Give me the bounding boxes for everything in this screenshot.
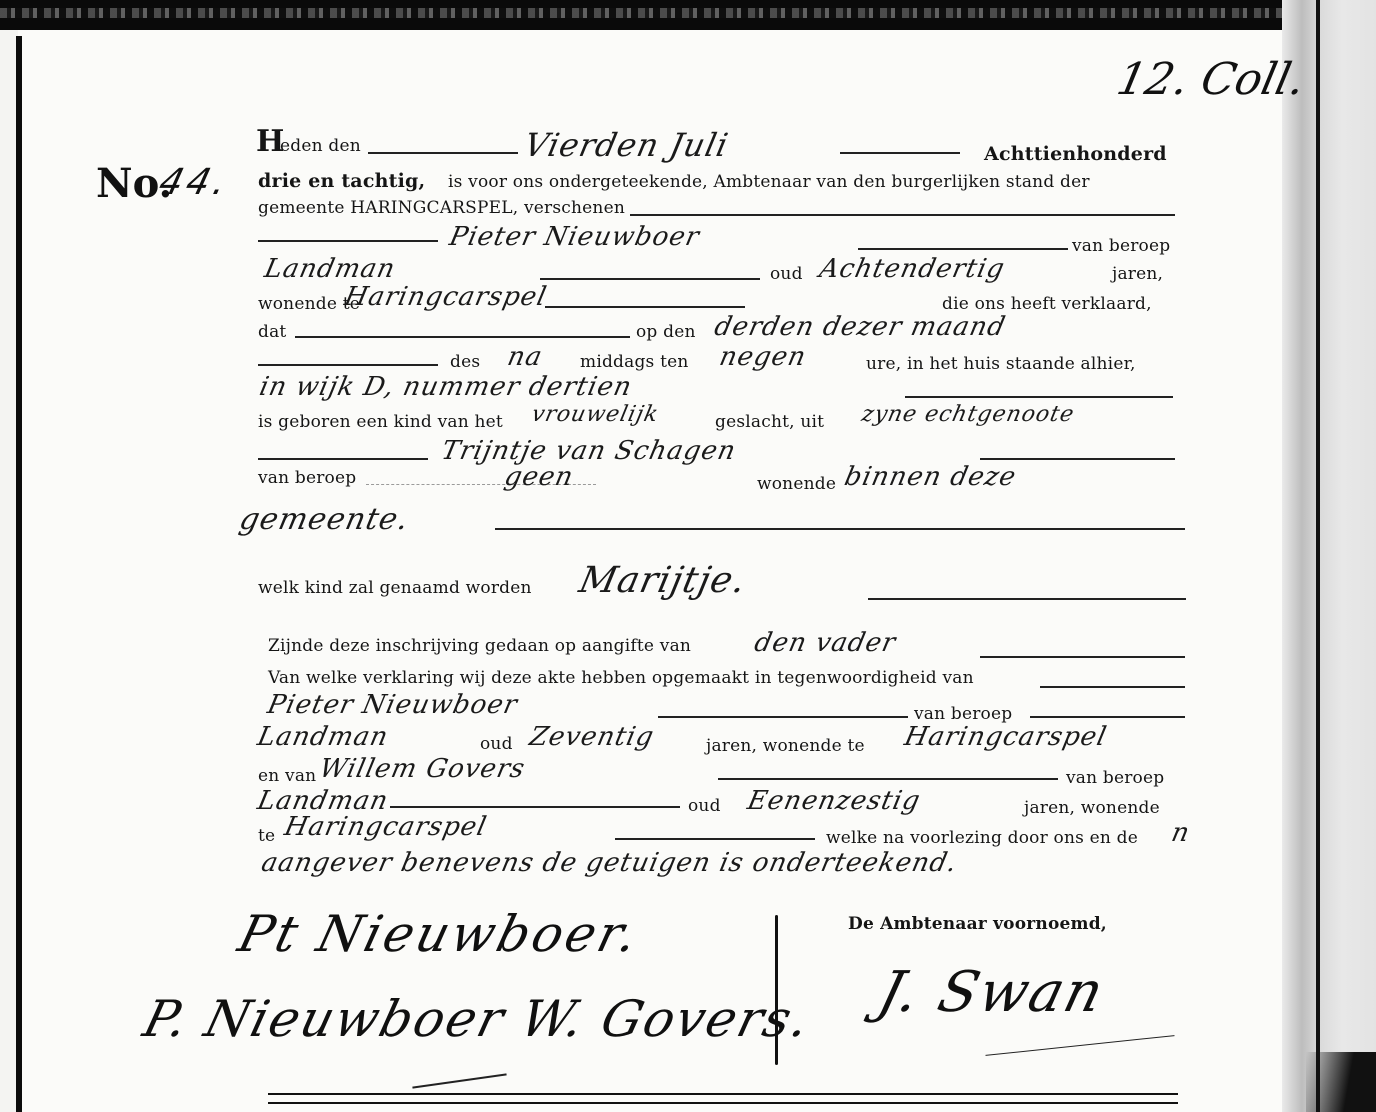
hand-witness2-place: Haringcarspel xyxy=(282,812,490,842)
printed-voorlezing: welke na voorlezing door ons en de xyxy=(826,828,1138,848)
hand-closing-clause: aangever benevens de getuigen is onderte… xyxy=(259,848,960,878)
informant-signature: Pt Nieuwboer. xyxy=(233,905,646,963)
hand-day-part: na xyxy=(505,342,546,372)
printed-van-beroep-2: van beroep xyxy=(258,468,356,488)
left-margin-rule xyxy=(16,36,22,1112)
hand-witness1-name: Pieter Nieuwboer xyxy=(265,690,521,720)
right-margin-rule xyxy=(1316,0,1320,1112)
hand-birth-hour: negen xyxy=(717,342,809,372)
hand-witness2-age: Eenenzestig xyxy=(745,786,923,816)
entry-end-rule xyxy=(268,1093,1178,1104)
printed-ure-huis: ure, in het huis staande alhier, xyxy=(866,354,1136,374)
printed-te: te xyxy=(258,826,275,846)
printed-dat: dat xyxy=(258,322,286,342)
hand-relation: zyne echtgenoote xyxy=(859,402,1077,427)
printed-official-clause: is voor ons ondergeteekende, Ambtenaar v… xyxy=(448,172,1090,192)
hand-witness1-occupation: Landman xyxy=(255,722,391,752)
scan-corner-shadow xyxy=(1306,1052,1376,1112)
printed-year-2: drie en tachtig, xyxy=(258,170,425,192)
official-signature: J. Swan xyxy=(872,960,1112,1025)
hand-date-day: Vierden Juli xyxy=(521,126,732,164)
witness-signatures: P. Nieuwboer W. Govers. xyxy=(138,990,817,1048)
printed-is-geboren: is geboren een kind van het xyxy=(258,412,503,432)
hand-mother-residence: binnen deze xyxy=(842,462,1019,492)
printed-oud-2: oud xyxy=(480,734,513,754)
hand-mother-name: Trijntje van Schagen xyxy=(439,436,739,466)
hand-witness1-place: Haringcarspel xyxy=(902,722,1110,752)
printed-middags-ten: middags ten xyxy=(580,352,689,372)
hand-father-age: Achtendertig xyxy=(817,254,1008,284)
printed-wonende-te-2: jaren, wonende te xyxy=(706,736,865,756)
official-label: De Ambtenaar voornoemd, xyxy=(848,914,1107,934)
printed-op-den: op den xyxy=(636,322,696,342)
printed-van-beroep-3: van beroep xyxy=(914,704,1012,724)
printed-getuigen-intro: Van welke verklaring wij deze akte hebbe… xyxy=(268,668,974,688)
hand-father-residence: Haringcarspel xyxy=(342,282,550,312)
hand-father-occupation: Landman xyxy=(262,254,398,284)
hand-birth-date: derden dezer maand xyxy=(712,312,1009,342)
printed-van-beroep-4: van beroep xyxy=(1066,768,1164,788)
hand-birth-address: in wijk D, nummer dertien xyxy=(257,372,635,402)
printed-en-van: en van xyxy=(258,766,316,786)
printed-jaren-wonende: jaren, wonende xyxy=(1024,798,1160,818)
printed-oud-1: oud xyxy=(770,264,803,284)
hand-mother-residence-cont: gemeente. xyxy=(236,502,412,537)
scan-top-border xyxy=(0,0,1376,30)
printed-kind-naam: welk kind zal genaamd worden xyxy=(258,578,532,598)
printed-des: des xyxy=(450,352,480,372)
printed-aangifte: Zijnde deze inschrijving gedaan op aangi… xyxy=(268,636,691,656)
binding-fold xyxy=(1282,0,1376,1112)
printed-year-1: Achttienhonderd xyxy=(984,143,1167,165)
printed-van-beroep-1: van beroep xyxy=(1072,236,1170,256)
archive-reference: 12. Coll. xyxy=(1113,54,1310,105)
printed-geslacht-uit: geslacht, uit xyxy=(715,412,824,432)
hand-child-name: Marijtje. xyxy=(576,560,750,601)
hand-witness2-name: Willem Govers xyxy=(317,754,528,784)
printed-wonende-2: wonende xyxy=(757,474,836,494)
hand-mother-occupation: geen xyxy=(502,462,577,492)
hand-witness1-age: Zeventig xyxy=(527,722,657,752)
signature-divider xyxy=(775,915,778,1065)
hand-informant: den vader xyxy=(752,628,899,658)
hand-father-name: Pieter Nieuwboer xyxy=(447,222,703,252)
printed-heden-den: eden den xyxy=(280,136,361,156)
printed-oud-3: oud xyxy=(688,796,721,816)
printed-verklaard: die ons heeft verklaard, xyxy=(942,294,1152,314)
printed-jaren-1: jaren, xyxy=(1112,264,1163,284)
printed-municipality: gemeente HARINGCARSPEL, verschenen xyxy=(258,198,625,218)
entry-number: 44. xyxy=(155,162,234,203)
hand-child-sex: vrouwelijk xyxy=(529,402,661,427)
